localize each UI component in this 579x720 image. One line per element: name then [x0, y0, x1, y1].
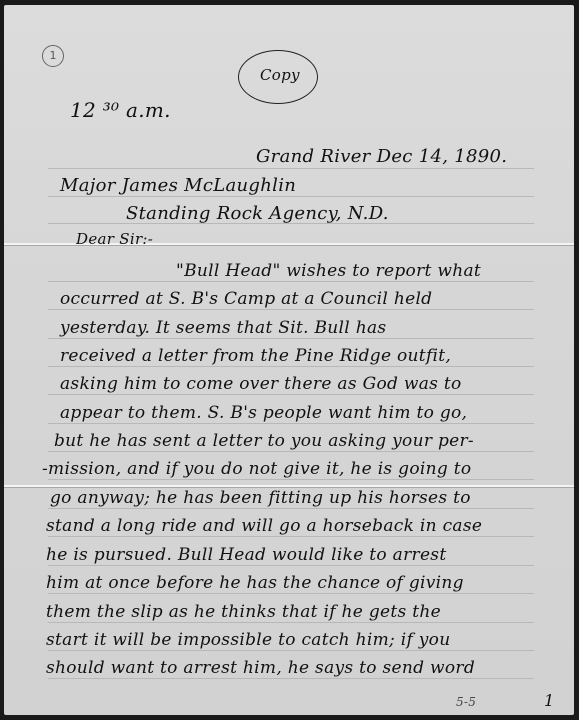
body-line: occurred at S. B's Camp at a Council hel…: [60, 289, 432, 309]
letter-page: 1 Copy 12 ³⁰ a.m. Grand River Dec 14, 18…: [4, 5, 574, 715]
body-line: but he has sent a letter to you asking y…: [54, 431, 474, 451]
body-line: received a letter from the Pine Ridge ou…: [60, 346, 451, 366]
body-line: yesterday. It seems that Sit. Bull has: [60, 318, 386, 338]
ruled-line: [48, 338, 534, 339]
body-line: "Bull Head" wishes to report what: [176, 261, 481, 281]
place-date: Grand River Dec 14, 1890.: [256, 146, 507, 167]
copy-stamp: Copy: [260, 66, 300, 84]
ruled-line: [48, 168, 534, 169]
body-line: him at once before he has the chance of …: [46, 573, 464, 593]
page-marker: 1: [42, 45, 64, 67]
ruled-line: [48, 678, 534, 679]
ruled-line: [48, 650, 534, 651]
ruled-line: [48, 309, 534, 310]
ruled-line: [48, 593, 534, 594]
ruled-line: [48, 479, 534, 480]
archive-number: 5-5: [456, 695, 476, 709]
ruled-line: [48, 423, 534, 424]
ruled-line: [48, 451, 534, 452]
ruled-line: [48, 508, 534, 509]
ruled-line: [48, 536, 534, 537]
page-number: 1: [544, 691, 554, 710]
time-note: 12 ³⁰ a.m.: [70, 98, 171, 122]
addressee-place: Standing Rock Agency, N.D.: [126, 203, 389, 224]
body-line: should want to arrest him, he says to se…: [46, 658, 475, 678]
body-line: -mission, and if you do not give it, he …: [42, 459, 471, 479]
body-line: go anyway; he has been fitting up his ho…: [50, 488, 471, 508]
ruled-line: [48, 196, 534, 197]
addressee-name: Major James McLaughlin: [60, 175, 296, 196]
ruled-line: [48, 565, 534, 566]
body-line: stand a long ride and will go a horsebac…: [46, 516, 482, 536]
ruled-line: [48, 366, 534, 367]
ruled-line: [48, 281, 534, 282]
body-line: start it will be impossible to catch him…: [46, 630, 450, 650]
body-line: asking him to come over there as God was…: [60, 374, 462, 394]
body-line: appear to them. S. B's people want him t…: [60, 403, 467, 423]
ruled-line: [48, 622, 534, 623]
salutation: Dear Sir:-: [76, 230, 153, 248]
body-line: he is pursued. Bull Head would like to a…: [46, 545, 446, 565]
ruled-line: [48, 394, 534, 395]
body-line: them the slip as he thinks that if he ge…: [46, 602, 441, 622]
